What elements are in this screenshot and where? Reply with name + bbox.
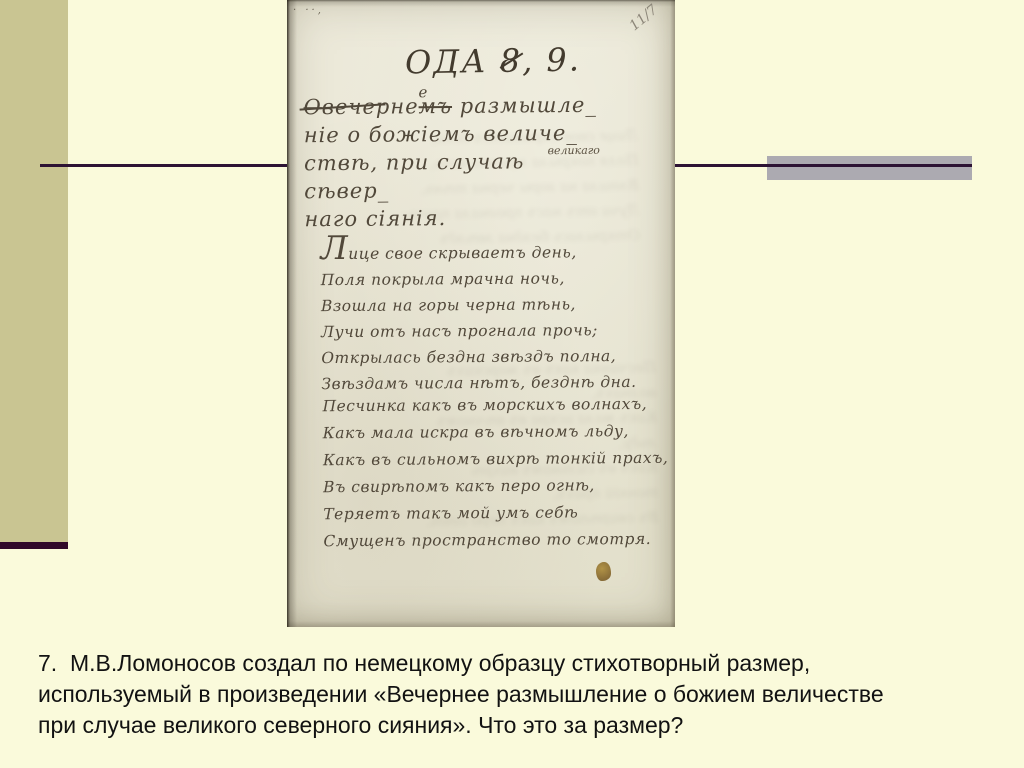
struck-letter: О	[303, 95, 321, 119]
interlinear-correction: е	[418, 78, 427, 106]
gray-accent-bar	[767, 156, 972, 180]
left-accent-bar-cap	[0, 542, 68, 549]
manuscript-heading: Овечернеемъ размышле_ ніе о божіемъ вели…	[303, 91, 604, 234]
page-number-note: 11/7	[626, 2, 660, 34]
verse-line: Въ свирѣпомъ какъ перо огнѣ,	[323, 472, 669, 501]
heading-word: вечерне	[322, 94, 419, 119]
question-line: при случае великого северного сияния». Ч…	[38, 710, 1008, 741]
heading-line: Овечернеемъ размышле_	[303, 91, 603, 122]
interlinear-correction: великаго	[547, 137, 600, 165]
title-struck-number: 8	[499, 41, 522, 79]
verse-line: Песчинка какъ въ морскихъ волнахъ,	[322, 391, 668, 420]
left-accent-bar	[0, 0, 68, 542]
question-line: используемый в произведении «Вечернее ра…	[38, 679, 1008, 710]
manuscript-title: ОДА 8, 9.	[405, 40, 582, 81]
title-suffix: , 9.	[522, 40, 582, 79]
verse-line: Открылась бездна звѣздъ полна,	[321, 343, 636, 371]
heading-line: наго сіянія.	[304, 203, 604, 234]
heading-line: ствѣ, при случаѣ сѣвер_великаго	[304, 147, 604, 206]
stanza-2: Песчинка какъ въ морскихъ волнахъ,Какъ м…	[322, 391, 669, 555]
title-prefix: ОДА	[405, 42, 500, 82]
question-line: 7. М.В.Ломоносов создал по немецкому обр…	[38, 648, 1008, 679]
verse-line: Поля покрыла мрачна ночь,	[321, 265, 636, 293]
verse-line: Теряетъ такъ мой умъ себѣ	[323, 499, 669, 528]
ink-marks: · ··,	[293, 5, 324, 16]
stanza-1: Лице свое скрываетъ день,Поля покрыла мр…	[320, 235, 636, 397]
question-text: 7. М.В.Ломоносов создал по немецкому обр…	[38, 648, 1008, 741]
verse-line: Лучи отъ насъ прогнала прочь;	[321, 317, 636, 345]
verse-line: Лице свое скрываетъ день,	[320, 235, 635, 267]
verse-line: Смущенъ пространство то смотря.	[323, 526, 669, 555]
verse-line: Какъ мала искра въ вѣчномъ льду,	[323, 418, 669, 447]
paper-stain	[596, 562, 611, 581]
verse-line: Взошла на горы черна тѣнь,	[321, 291, 636, 319]
manuscript-image: · ··, 11/7 ОДА 8, 9. Овечернеемъ размышл…	[287, 0, 675, 627]
verse-line: Какъ въ сильномъ вихрѣ тонкій прахъ,	[323, 445, 669, 474]
heading-word: размышле_	[452, 93, 597, 118]
